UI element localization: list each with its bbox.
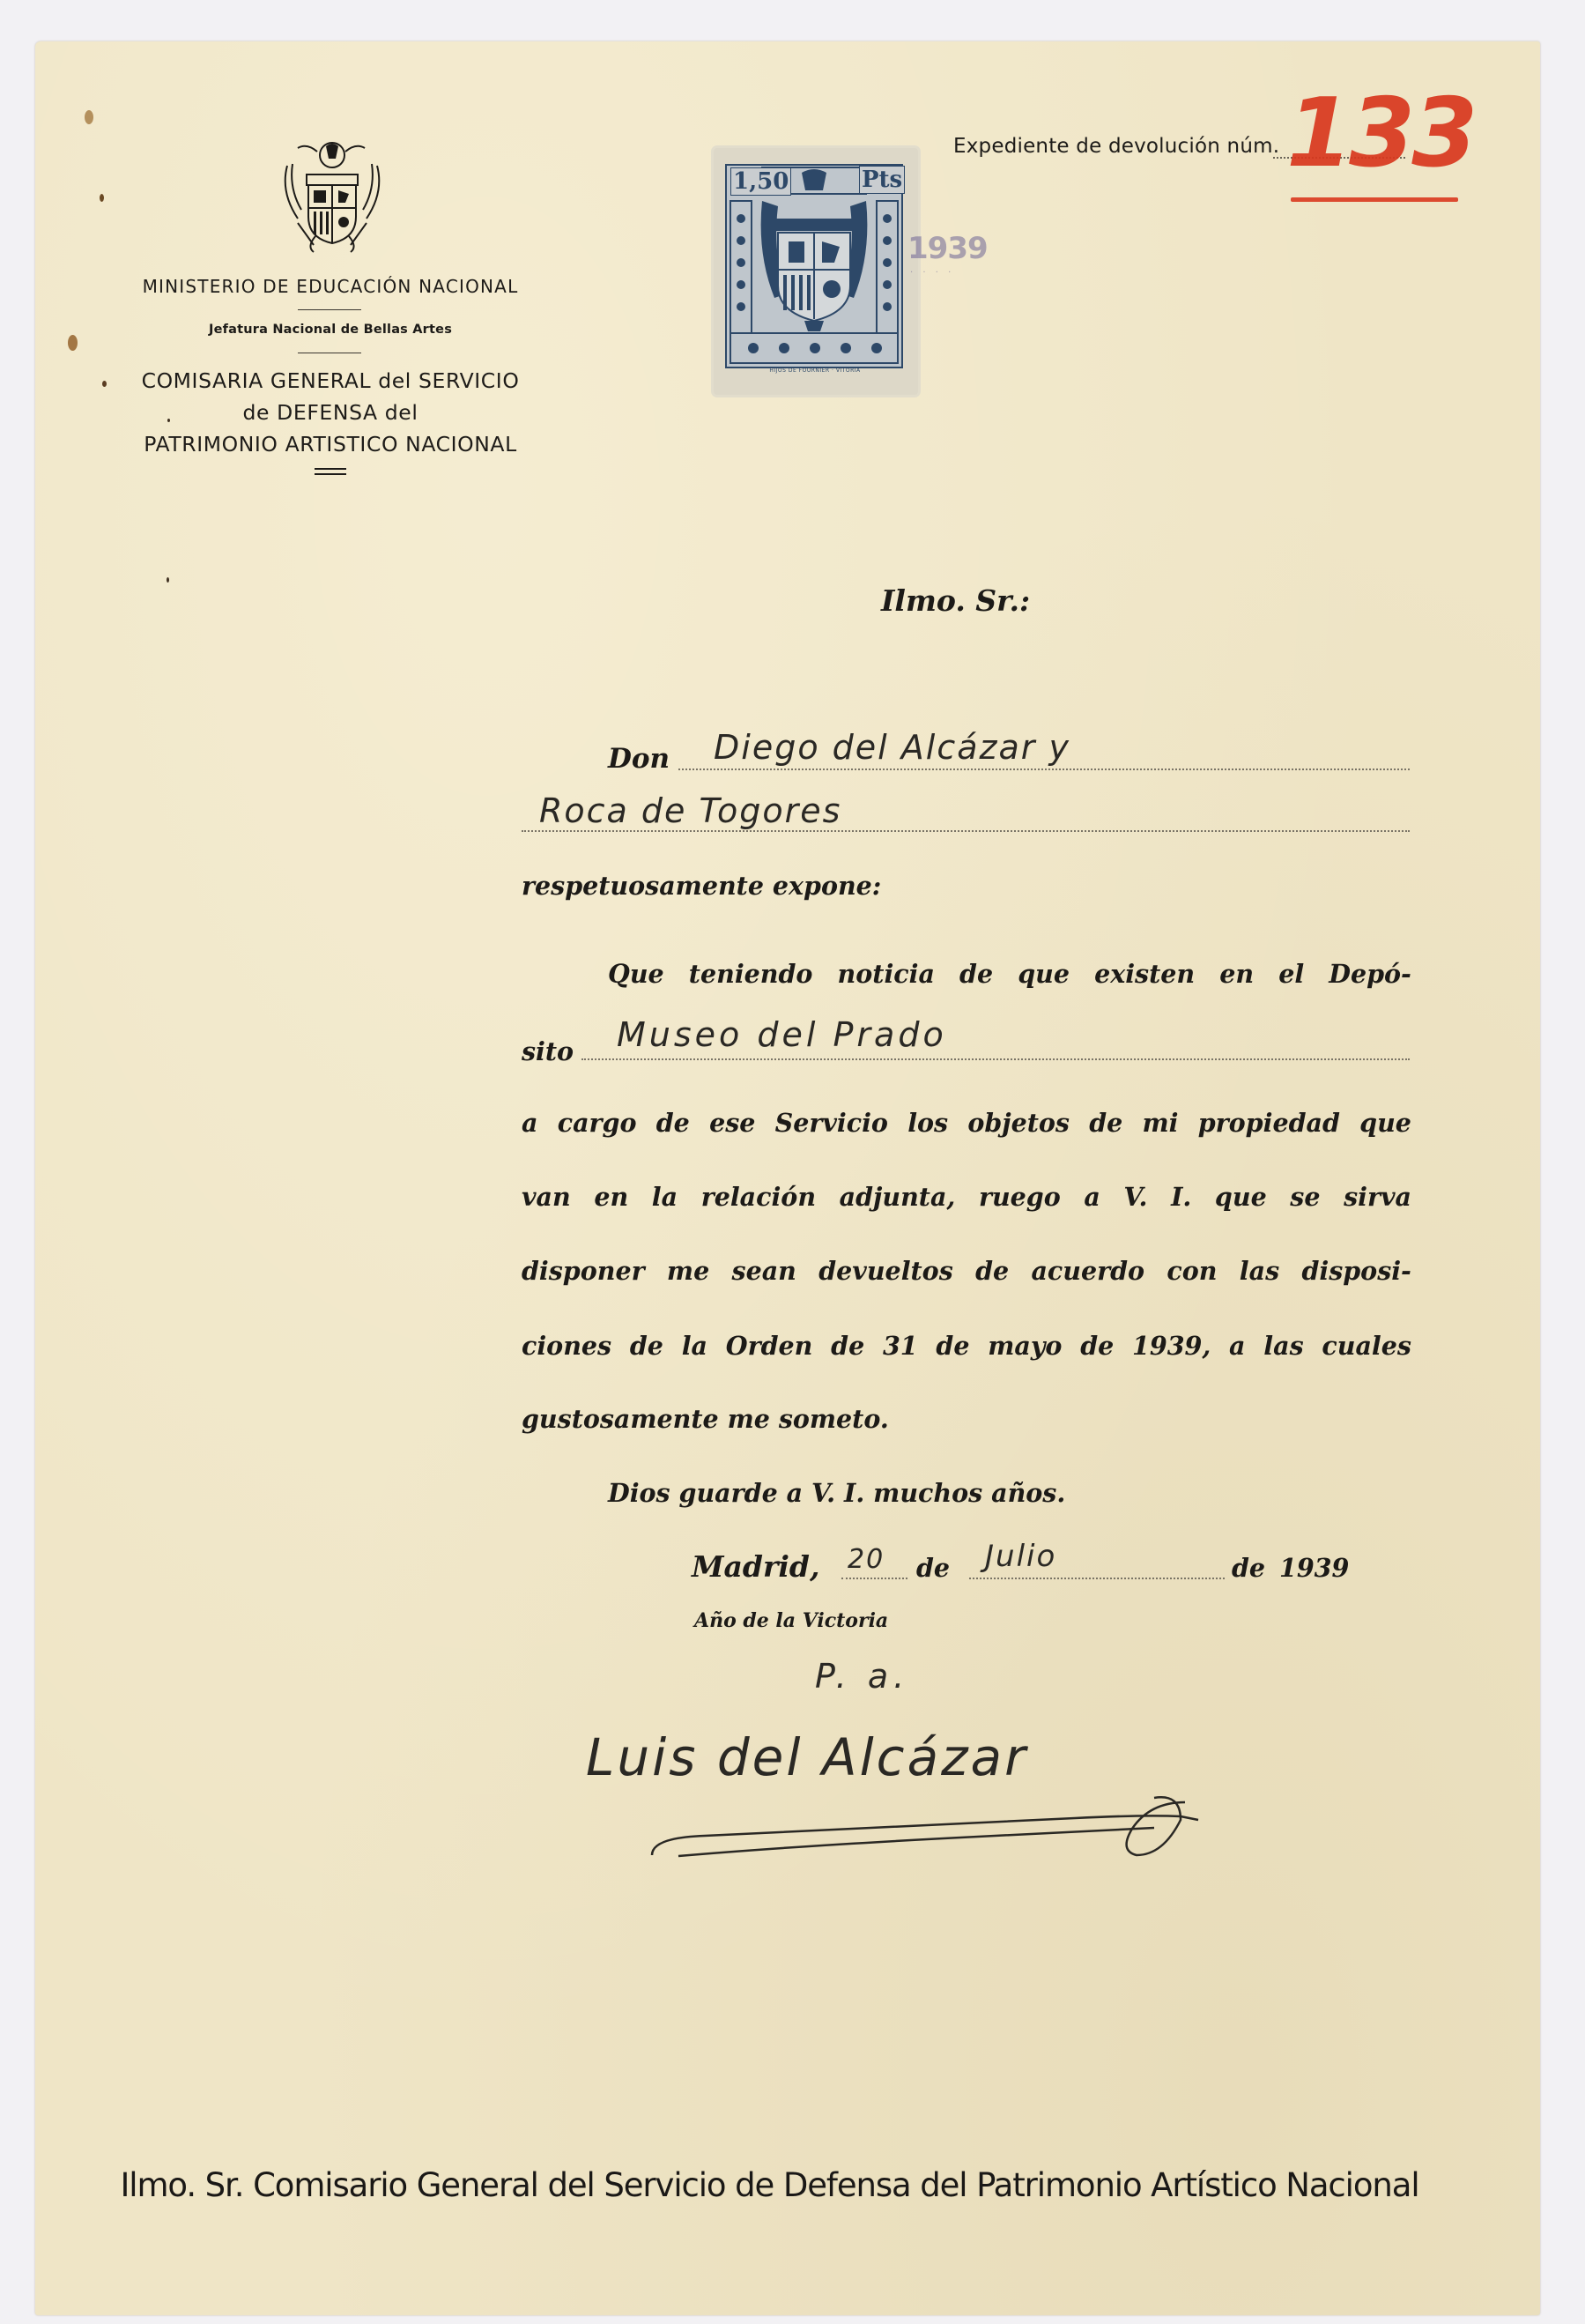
expediente-number: 133 [1286, 86, 1474, 182]
word: van [522, 1182, 571, 1212]
stamp-imprint: HIJOS DE FOURNIER · VITORIA [740, 368, 890, 374]
postmark-mark: · · · · [910, 268, 954, 278]
body-line: ciones de la Orden de 31 de mayo de 1939… [522, 1331, 1411, 1361]
word: adjunta, [840, 1182, 956, 1212]
stamp-value: 1,50 [730, 167, 791, 196]
word: V. [1123, 1182, 1147, 1212]
word: que [1018, 959, 1070, 989]
coat-of-arms-icon [280, 139, 384, 254]
stain [167, 577, 169, 583]
body-last-line: gustosamente me someto. [522, 1404, 889, 1434]
word: mi [1143, 1108, 1179, 1138]
word: disponer [522, 1256, 645, 1286]
word: a [1229, 1331, 1245, 1361]
word: se [1290, 1182, 1320, 1212]
word: Que [608, 959, 664, 989]
word: que [1215, 1182, 1267, 1212]
double-rule [315, 473, 346, 475]
stamp-coat-of-arms-icon [727, 166, 901, 367]
word: mayo [988, 1331, 1062, 1361]
word: cargo [558, 1108, 637, 1138]
word: el [1278, 959, 1304, 989]
word: la [652, 1182, 678, 1212]
word: noticia [838, 959, 935, 989]
expediente-label: Expediente de devolución núm. [953, 135, 1279, 158]
word: existen [1094, 959, 1195, 989]
commission-line-2: de DEFENSA del [115, 397, 546, 428]
word: relación [701, 1182, 816, 1212]
date-de-2: de [1232, 1553, 1265, 1583]
stamp-currency: Pts [859, 166, 905, 194]
word: los [907, 1108, 948, 1138]
word: las [1263, 1331, 1303, 1361]
word: de [959, 959, 993, 989]
word: de [1089, 1108, 1122, 1138]
handwritten-name-line-1: Diego del Alcázar y [714, 728, 1070, 767]
month-field [969, 1578, 1225, 1579]
date-era: Año de la Victoria [694, 1609, 888, 1632]
postmark: 1939 [907, 231, 988, 266]
word: ciones [522, 1331, 611, 1361]
word: con [1167, 1256, 1217, 1286]
don-label: Don [608, 743, 670, 775]
date-year: 1939 [1279, 1553, 1349, 1583]
word: sirva [1344, 1182, 1411, 1212]
addressee-footer: Ilmo. Sr. Comisario General del Servicio… [120, 2166, 1419, 2204]
stain [68, 335, 78, 351]
word: cuales [1322, 1331, 1411, 1361]
stain [102, 381, 107, 387]
word: ruego [979, 1182, 1061, 1212]
word: 1939, [1132, 1331, 1211, 1361]
word: de [1080, 1331, 1114, 1361]
double-rule [315, 468, 346, 470]
word: sean [732, 1256, 796, 1286]
word: devueltos [818, 1256, 953, 1286]
word: a [522, 1108, 537, 1138]
salutation: Ilmo. Sr.: [881, 583, 1030, 618]
signature-flourish-icon [643, 1771, 1260, 1868]
divider [298, 353, 361, 353]
stain [85, 110, 93, 124]
closing: Dios guarde a V. I. muchos años. [608, 1478, 1065, 1508]
commission-line-3: PATRIMONIO ARTISTICO NACIONAL [115, 428, 546, 460]
handwritten-month: Julio [985, 1539, 1056, 1574]
word: disposi- [1301, 1256, 1411, 1286]
word: I. [1171, 1182, 1191, 1212]
department-name: Jefatura Nacional de Bellas Artes [115, 323, 546, 337]
word: Depó- [1329, 959, 1411, 989]
body-line: van en la relación adjunta, ruego a V. I… [522, 1182, 1411, 1212]
stain [100, 194, 104, 202]
handwritten-deposit: Museo del Prado [617, 1015, 947, 1054]
body-line: disponer me sean devueltos de acuerdo co… [522, 1256, 1411, 1286]
word: en [594, 1182, 628, 1212]
word: 31 [883, 1331, 918, 1361]
word: de [975, 1256, 1009, 1286]
sito-label: sito [522, 1036, 574, 1066]
word: que [1359, 1108, 1411, 1138]
revenue-stamp: 1,50 Pts [725, 164, 903, 368]
ministry-name: MINISTERIO DE EDUCACIÓN NACIONAL [115, 276, 546, 297]
word: propiedad [1198, 1108, 1340, 1138]
date-city: Madrid, [692, 1549, 819, 1584]
name-field-line-1 [678, 768, 1410, 770]
word: ese [709, 1108, 755, 1138]
body-line-que: Que teniendo noticia de que existen en e… [608, 959, 1411, 989]
handwritten-day: 20 [848, 1544, 885, 1575]
day-field [841, 1578, 907, 1579]
word: la [682, 1331, 707, 1361]
word: acuerdo [1031, 1256, 1144, 1286]
name-field-line-2 [522, 830, 1410, 832]
date-de-1: de [916, 1553, 950, 1583]
word: de [936, 1331, 969, 1361]
word: Servicio [775, 1108, 888, 1138]
expone-label: respetuosamente expone: [522, 871, 881, 901]
word: teniendo [689, 959, 813, 989]
word: Orden [726, 1331, 813, 1361]
word: objetos [967, 1108, 1070, 1138]
deposit-field-line [581, 1058, 1410, 1060]
word: las [1240, 1256, 1279, 1286]
divider [298, 309, 361, 310]
word: de [831, 1331, 864, 1361]
handwritten-name-line-2: Roca de Togores [539, 791, 841, 830]
word: de [656, 1108, 690, 1138]
word: de [630, 1331, 663, 1361]
word: me [667, 1256, 709, 1286]
body-line: a cargo de ese Servicio los objetos de m… [522, 1108, 1411, 1138]
handwritten-pa: P. a. [815, 1657, 909, 1696]
word: a [1084, 1182, 1100, 1212]
word: en [1219, 959, 1254, 989]
red-underline [1291, 197, 1458, 202]
commission-line-1: COMISARIA GENERAL del SERVICIO [115, 365, 546, 397]
